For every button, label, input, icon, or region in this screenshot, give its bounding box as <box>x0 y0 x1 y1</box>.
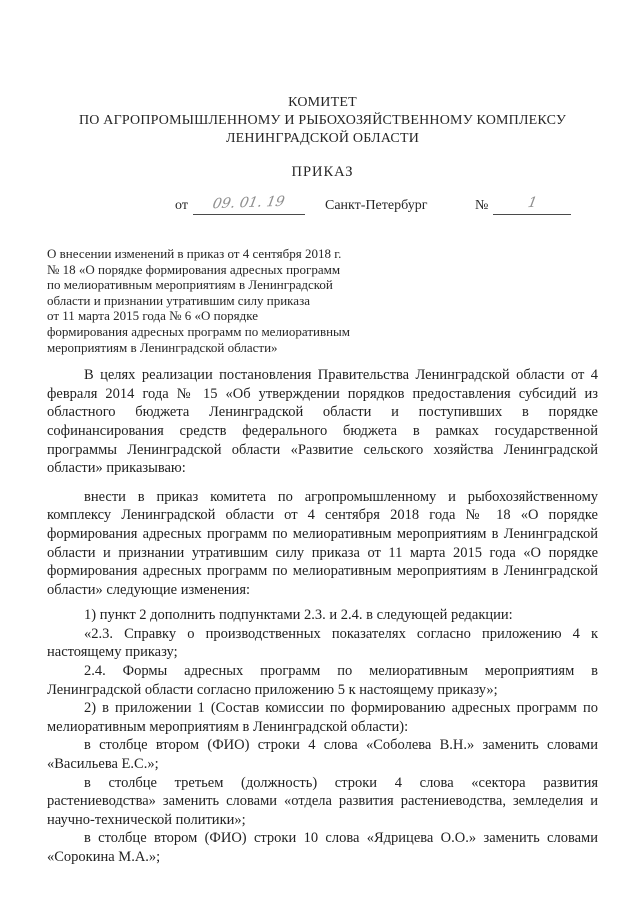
subject-line: формирования адресных программ по мелиор… <box>47 324 392 340</box>
body-paragraph-item1-sub24: 2.4. Формы адресных программ по мелиорат… <box>47 662 598 699</box>
body-paragraph-preamble: В целях реализации постановления Правите… <box>47 366 598 478</box>
org-name-line2: ПО АГРОПРОМЫШЛЕННОМУ И РЫБОХОЗЯЙСТВЕННОМ… <box>47 112 598 130</box>
org-name-line3: ЛЕНИНГРАДСКОЙ ОБЛАСТИ <box>47 130 598 148</box>
number-field-underline: 1 <box>493 195 571 215</box>
body-paragraph-item1-sub23: «2.3. Справку о производственных показат… <box>47 625 598 662</box>
body-paragraph-item2-change3: в столбце втором (ФИО) строки 10 слова «… <box>47 829 598 866</box>
subject-line: № 18 «О порядке формирования адресных пр… <box>47 262 392 278</box>
body-paragraph-item2-change1: в столбце втором (ФИО) строки 4 слова «С… <box>47 736 598 773</box>
handwritten-number: 1 <box>526 195 538 211</box>
city-label: Санкт-Петербург <box>325 198 427 214</box>
handwritten-date: 09. 01. 19 <box>212 194 287 212</box>
subject-line: области и признании утратившим силу прик… <box>47 293 392 309</box>
organization-header: КОМИТЕТ ПО АГРОПРОМЫШЛЕННОМУ И РЫБОХОЗЯЙ… <box>47 94 598 148</box>
date-from-label: от <box>175 198 188 214</box>
body-paragraph-item2: 2) в приложении 1 (Состав комиссии по фо… <box>47 699 598 736</box>
order-body: В целях реализации постановления Правите… <box>47 366 598 866</box>
scanned-order-page: КОМИТЕТ ПО АГРОПРОМЫШЛЕННОМУ И РЫБОХОЗЯЙ… <box>0 0 640 905</box>
body-paragraph-amend-intro: внести в приказ комитета по агропромышле… <box>47 488 598 600</box>
date-field-underline: 09. 01. 19 <box>193 195 305 215</box>
subject-line: О внесении изменений в приказ от 4 сентя… <box>47 246 392 262</box>
document-type-title: ПРИКАЗ <box>47 164 598 181</box>
body-paragraph-item1: 1) пункт 2 дополнить подпунктами 2.3. и … <box>47 606 598 625</box>
body-paragraph-item2-change2: в столбце третьем (должность) строки 4 с… <box>47 774 598 830</box>
subject-line: мероприятиям в Ленинградской области» <box>47 340 392 356</box>
order-subject-block: О внесении изменений в приказ от 4 сентя… <box>47 246 392 355</box>
subject-line: по мелиоративным мероприятиям в Ленингра… <box>47 277 392 293</box>
number-sign-label: № <box>475 198 488 214</box>
document-content: КОМИТЕТ ПО АГРОПРОМЫШЛЕННОМУ И РЫБОХОЗЯЙ… <box>47 94 598 867</box>
org-name-line1: КОМИТЕТ <box>47 94 598 112</box>
date-city-number-line: от 09. 01. 19 Санкт-Петербург № 1 <box>47 195 598 219</box>
subject-line: от 11 марта 2015 года № 6 «О порядке <box>47 308 392 324</box>
